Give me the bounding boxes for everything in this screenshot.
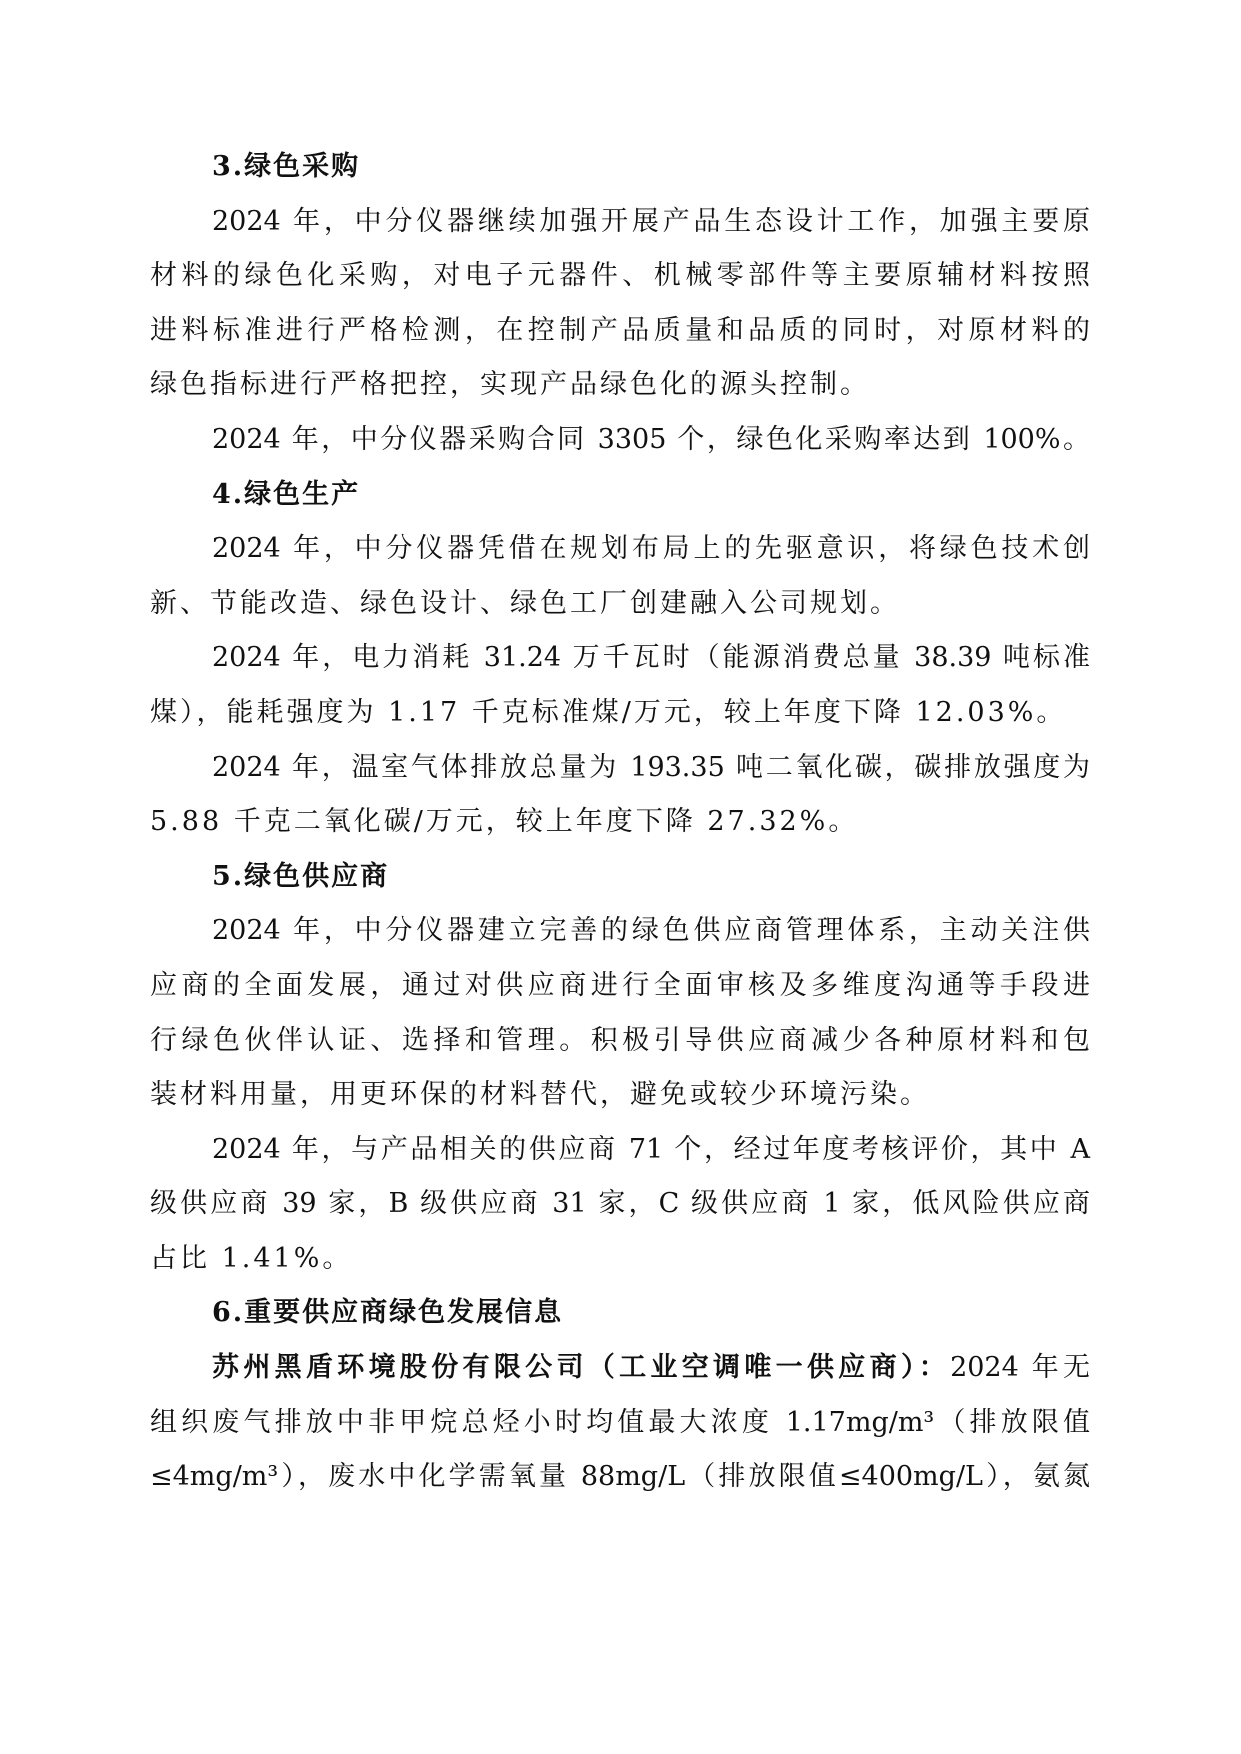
text-line: 级供应商 39 家，B 级供应商 31 家，C 级供应商 1 家，低风险供应商 xyxy=(150,1177,1090,1232)
text-line: 5.88 千克二氧化碳/万元，较上年度下降 27.32%。 xyxy=(150,795,1090,850)
text-line: 煤），能耗强度为 1.17 千克标准煤/万元，较上年度下降 12.03%。 xyxy=(150,686,1090,741)
text-line: 新、节能改造、绿色设计、绿色工厂创建融入公司规划。 xyxy=(150,577,1090,632)
text-line: 进料标准进行严格检测，在控制产品质量和品质的同时，对原材料的 xyxy=(150,304,1090,359)
text-line: 行绿色伙伴认证、选择和管理。积极引导供应商减少各种原材料和包 xyxy=(150,1014,1090,1069)
text-line: 2024 年，与产品相关的供应商 71 个，经过年度考核评价，其中 A xyxy=(150,1123,1090,1178)
section-heading-green-suppliers: 5.绿色供应商 xyxy=(150,850,1090,905)
supplier-name: 苏州黑盾环境股份有限公司（工业空调唯一供应商）： xyxy=(212,1352,950,1383)
section-heading-green-production: 4.绿色生产 xyxy=(150,468,1090,523)
paragraph: 2024 年，电力消耗 31.24 万千瓦时（能源消费总量 38.39 吨标准 … xyxy=(150,631,1090,740)
text-line: 2024 年，温室气体排放总量为 193.35 吨二氧化碳，碳排放强度为 xyxy=(150,741,1090,796)
text-run: 2024 年无 xyxy=(950,1352,1090,1383)
paragraph: 2024 年，温室气体排放总量为 193.35 吨二氧化碳，碳排放强度为 5.8… xyxy=(150,741,1090,850)
section-heading-green-procurement: 3.绿色采购 xyxy=(150,140,1090,195)
paragraph: 2024 年，中分仪器建立完善的绿色供应商管理体系，主动关注供 应商的全面发展，… xyxy=(150,904,1090,1122)
section-heading-key-supplier-info: 6.重要供应商绿色发展信息 xyxy=(150,1286,1090,1341)
paragraph: 2024 年，中分仪器继续加强开展产品生态设计工作，加强主要原 材料的绿色化采购… xyxy=(150,195,1090,413)
document-page: 3.绿色采购 2024 年，中分仪器继续加强开展产品生态设计工作，加强主要原 材… xyxy=(150,140,1090,1505)
text-line: 2024 年，中分仪器采购合同 3305 个，绿色化采购率达到 100%。 xyxy=(150,413,1090,468)
text-line: 组织废气排放中非甲烷总烃小时均值最大浓度 1.17mg/m³（排放限值 xyxy=(150,1396,1090,1451)
text-line: 苏州黑盾环境股份有限公司（工业空调唯一供应商）：2024 年无 xyxy=(150,1341,1090,1396)
text-line: 2024 年，中分仪器凭借在规划布局上的先驱意识，将绿色技术创 xyxy=(150,522,1090,577)
text-line: ≤4mg/m³），废水中化学需氧量 88mg/L（排放限值≤400mg/L），氨… xyxy=(150,1450,1090,1505)
text-line: 2024 年，电力消耗 31.24 万千瓦时（能源消费总量 38.39 吨标准 xyxy=(150,631,1090,686)
text-line: 绿色指标进行严格把控，实现产品绿色化的源头控制。 xyxy=(150,358,1090,413)
paragraph: 2024 年，中分仪器采购合同 3305 个，绿色化采购率达到 100%。 xyxy=(150,413,1090,468)
paragraph: 苏州黑盾环境股份有限公司（工业空调唯一供应商）：2024 年无 组织废气排放中非… xyxy=(150,1341,1090,1505)
text-line: 2024 年，中分仪器建立完善的绿色供应商管理体系，主动关注供 xyxy=(150,904,1090,959)
text-line: 占比 1.41%。 xyxy=(150,1232,1090,1287)
text-line: 应商的全面发展，通过对供应商进行全面审核及多维度沟通等手段进 xyxy=(150,959,1090,1014)
text-line: 材料的绿色化采购，对电子元器件、机械零部件等主要原辅材料按照 xyxy=(150,249,1090,304)
text-line: 2024 年，中分仪器继续加强开展产品生态设计工作，加强主要原 xyxy=(150,195,1090,250)
text-line: 装材料用量，用更环保的材料替代，避免或较少环境污染。 xyxy=(150,1068,1090,1123)
paragraph: 2024 年，与产品相关的供应商 71 个，经过年度考核评价，其中 A 级供应商… xyxy=(150,1123,1090,1287)
paragraph: 2024 年，中分仪器凭借在规划布局上的先驱意识，将绿色技术创 新、节能改造、绿… xyxy=(150,522,1090,631)
